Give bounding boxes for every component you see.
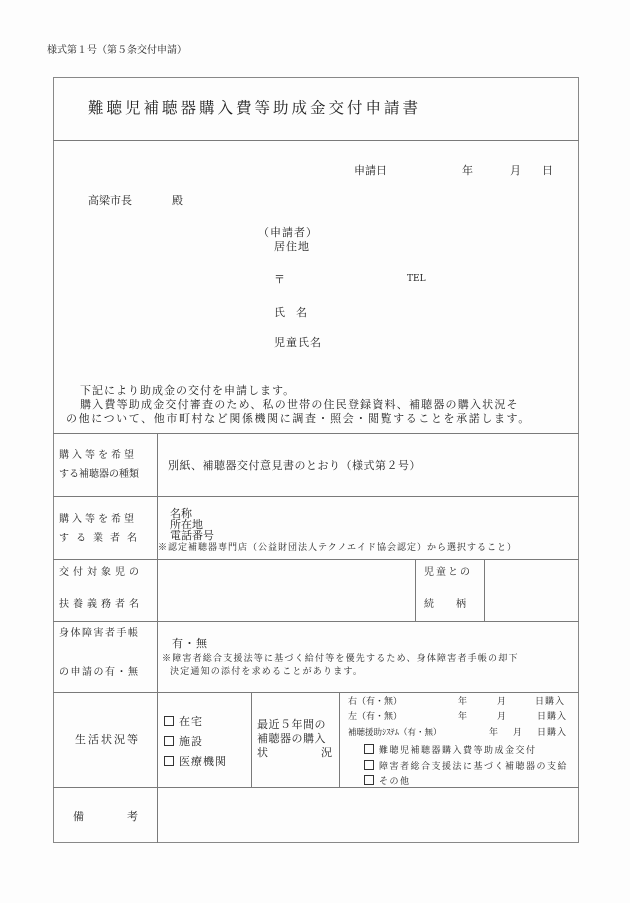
name-label: 氏 名	[274, 306, 307, 319]
purchase-left-day: 日購入	[537, 712, 567, 723]
application-day-field[interactable]	[522, 160, 542, 178]
divider	[53, 140, 579, 141]
purchase-left-year: 年	[458, 712, 467, 723]
vendor-label-2: する業者名	[59, 533, 144, 545]
funding-option-other[interactable]: その他	[364, 775, 411, 788]
disability-book-note-2: 決定通知の添付を求めることがあります。	[170, 667, 363, 678]
divider	[484, 559, 485, 621]
guardian-label-2: 扶養義務者名	[59, 599, 143, 611]
checkbox[interactable]	[364, 760, 374, 770]
purchase-system-label[interactable]: 補聴援助ｼｽﾃﾑ（有・無）	[348, 728, 442, 739]
remarks-label-1: 備	[73, 810, 84, 823]
checkbox[interactable]	[164, 716, 174, 726]
purchase-right-month: 月	[497, 697, 506, 708]
disability-book-note-1: ※障害者総合支援法等に基づく給付等を優先するため、身体障害者手帳の却下	[162, 654, 519, 665]
tel-field[interactable]	[430, 269, 560, 287]
guardian-label-1: 交付対象児の	[59, 567, 143, 579]
address-field[interactable]	[320, 236, 560, 254]
day-label: 日	[542, 164, 553, 177]
relation-label-1: 児童との	[424, 567, 472, 579]
remarks-label-2: 考	[127, 810, 138, 823]
purchase-history-label-3a: 状	[257, 746, 268, 759]
vendor-label-1: 購入等を希望	[59, 514, 137, 526]
postal-mark: 〒	[274, 273, 285, 286]
guardian-name-field[interactable]	[160, 562, 412, 618]
application-year-field[interactable]	[395, 160, 455, 178]
application-month-field[interactable]	[475, 160, 505, 178]
form-number: 様式第１号（第５条交付申請）	[47, 45, 187, 57]
address-label: 居住地	[274, 240, 310, 253]
living-option-home[interactable]: 在宅	[164, 715, 203, 728]
tel-label: TEL	[407, 274, 426, 285]
purchase-left-label[interactable]: 左（有・無）	[348, 712, 402, 723]
month-label: 月	[510, 164, 521, 177]
statement-apply: 下記により助成金の交付を申請します。	[80, 384, 295, 397]
device-type-label-2: する補聴器の種類	[59, 469, 139, 481]
vendor-location-field[interactable]	[210, 517, 570, 528]
honorific: 殿	[172, 194, 183, 207]
statement-consent-2: の他について、他市町村など関係機関に調査・照会・閲覧することを承諾します。	[66, 412, 531, 425]
divider	[53, 621, 579, 622]
child-name-label: 児童氏名	[274, 336, 322, 349]
applicant-label: （申請者）	[258, 226, 318, 239]
device-type-value: 別紙、補聴器交付意見書のとおり（様式第２号）	[168, 459, 421, 472]
application-date-label: 申請日	[354, 164, 387, 177]
purchase-system-year: 年	[489, 728, 498, 739]
divider	[339, 692, 340, 787]
checkbox[interactable]	[364, 775, 374, 785]
purchase-history-label-3b: 況	[321, 746, 332, 759]
year-label: 年	[462, 164, 473, 177]
divider	[53, 559, 579, 560]
form-title: 難聴児補聴器購入費等助成金交付申請書	[88, 96, 421, 118]
divider	[251, 692, 252, 787]
divider	[415, 559, 416, 621]
disability-book-label-1: 身体障害者手帳	[59, 628, 140, 640]
checkbox[interactable]	[364, 744, 374, 754]
divider	[157, 433, 158, 843]
disability-book-label-2: の申請の有・無	[59, 667, 140, 679]
purchase-right-day: 日購入	[535, 697, 565, 708]
relation-field[interactable]	[487, 562, 576, 618]
applicant-name-field[interactable]	[320, 302, 560, 320]
disability-book-options[interactable]: 有・無	[172, 637, 208, 650]
funding-option-support-act[interactable]: 障害者総合支援法に基づく補聴器の支給	[364, 760, 568, 773]
device-type-label-1: 購入等を希望	[59, 450, 137, 462]
postal-code-field[interactable]	[290, 269, 400, 287]
living-option-medical[interactable]: 医療機関	[164, 755, 227, 768]
divider	[53, 692, 579, 693]
living-option-facility[interactable]: 施設	[164, 735, 203, 748]
vendor-phone-label: 電話番号	[170, 530, 214, 541]
purchase-history-label-1: 最近５年間の	[257, 718, 326, 731]
divider	[53, 787, 579, 788]
checkbox[interactable]	[164, 756, 174, 766]
statement-consent-1: 購入費等助成金交付審査のため、私の世帯の住民登録資料、補聴器の購入状況そ	[80, 398, 519, 411]
divider	[53, 433, 579, 434]
vendor-phone-field[interactable]	[220, 528, 570, 539]
purchase-system-month: 月	[513, 728, 522, 739]
checkbox[interactable]	[164, 736, 174, 746]
vendor-note: ※認定補聴器専門店（公益財団法人テクノエイド協会認定）から選択すること）	[158, 543, 517, 554]
relation-label-2: 続 柄	[424, 599, 472, 611]
child-name-field[interactable]	[330, 332, 560, 350]
purchase-right-year: 年	[458, 697, 467, 708]
divider	[53, 496, 579, 497]
addressee: 高梁市長	[88, 194, 132, 207]
purchase-right-label[interactable]: 右（有・無）	[348, 697, 402, 708]
vendor-name-field[interactable]	[200, 506, 570, 517]
purchase-system-day: 日購入	[537, 728, 567, 739]
living-label: 生活状況等	[75, 733, 140, 746]
purchase-history-label-2: 補聴器の購入	[257, 732, 326, 745]
remarks-field[interactable]	[160, 790, 576, 840]
funding-option-subsidy[interactable]: 難聴児補聴器購入費等助成金交付	[364, 744, 537, 757]
purchase-left-month: 月	[497, 712, 506, 723]
